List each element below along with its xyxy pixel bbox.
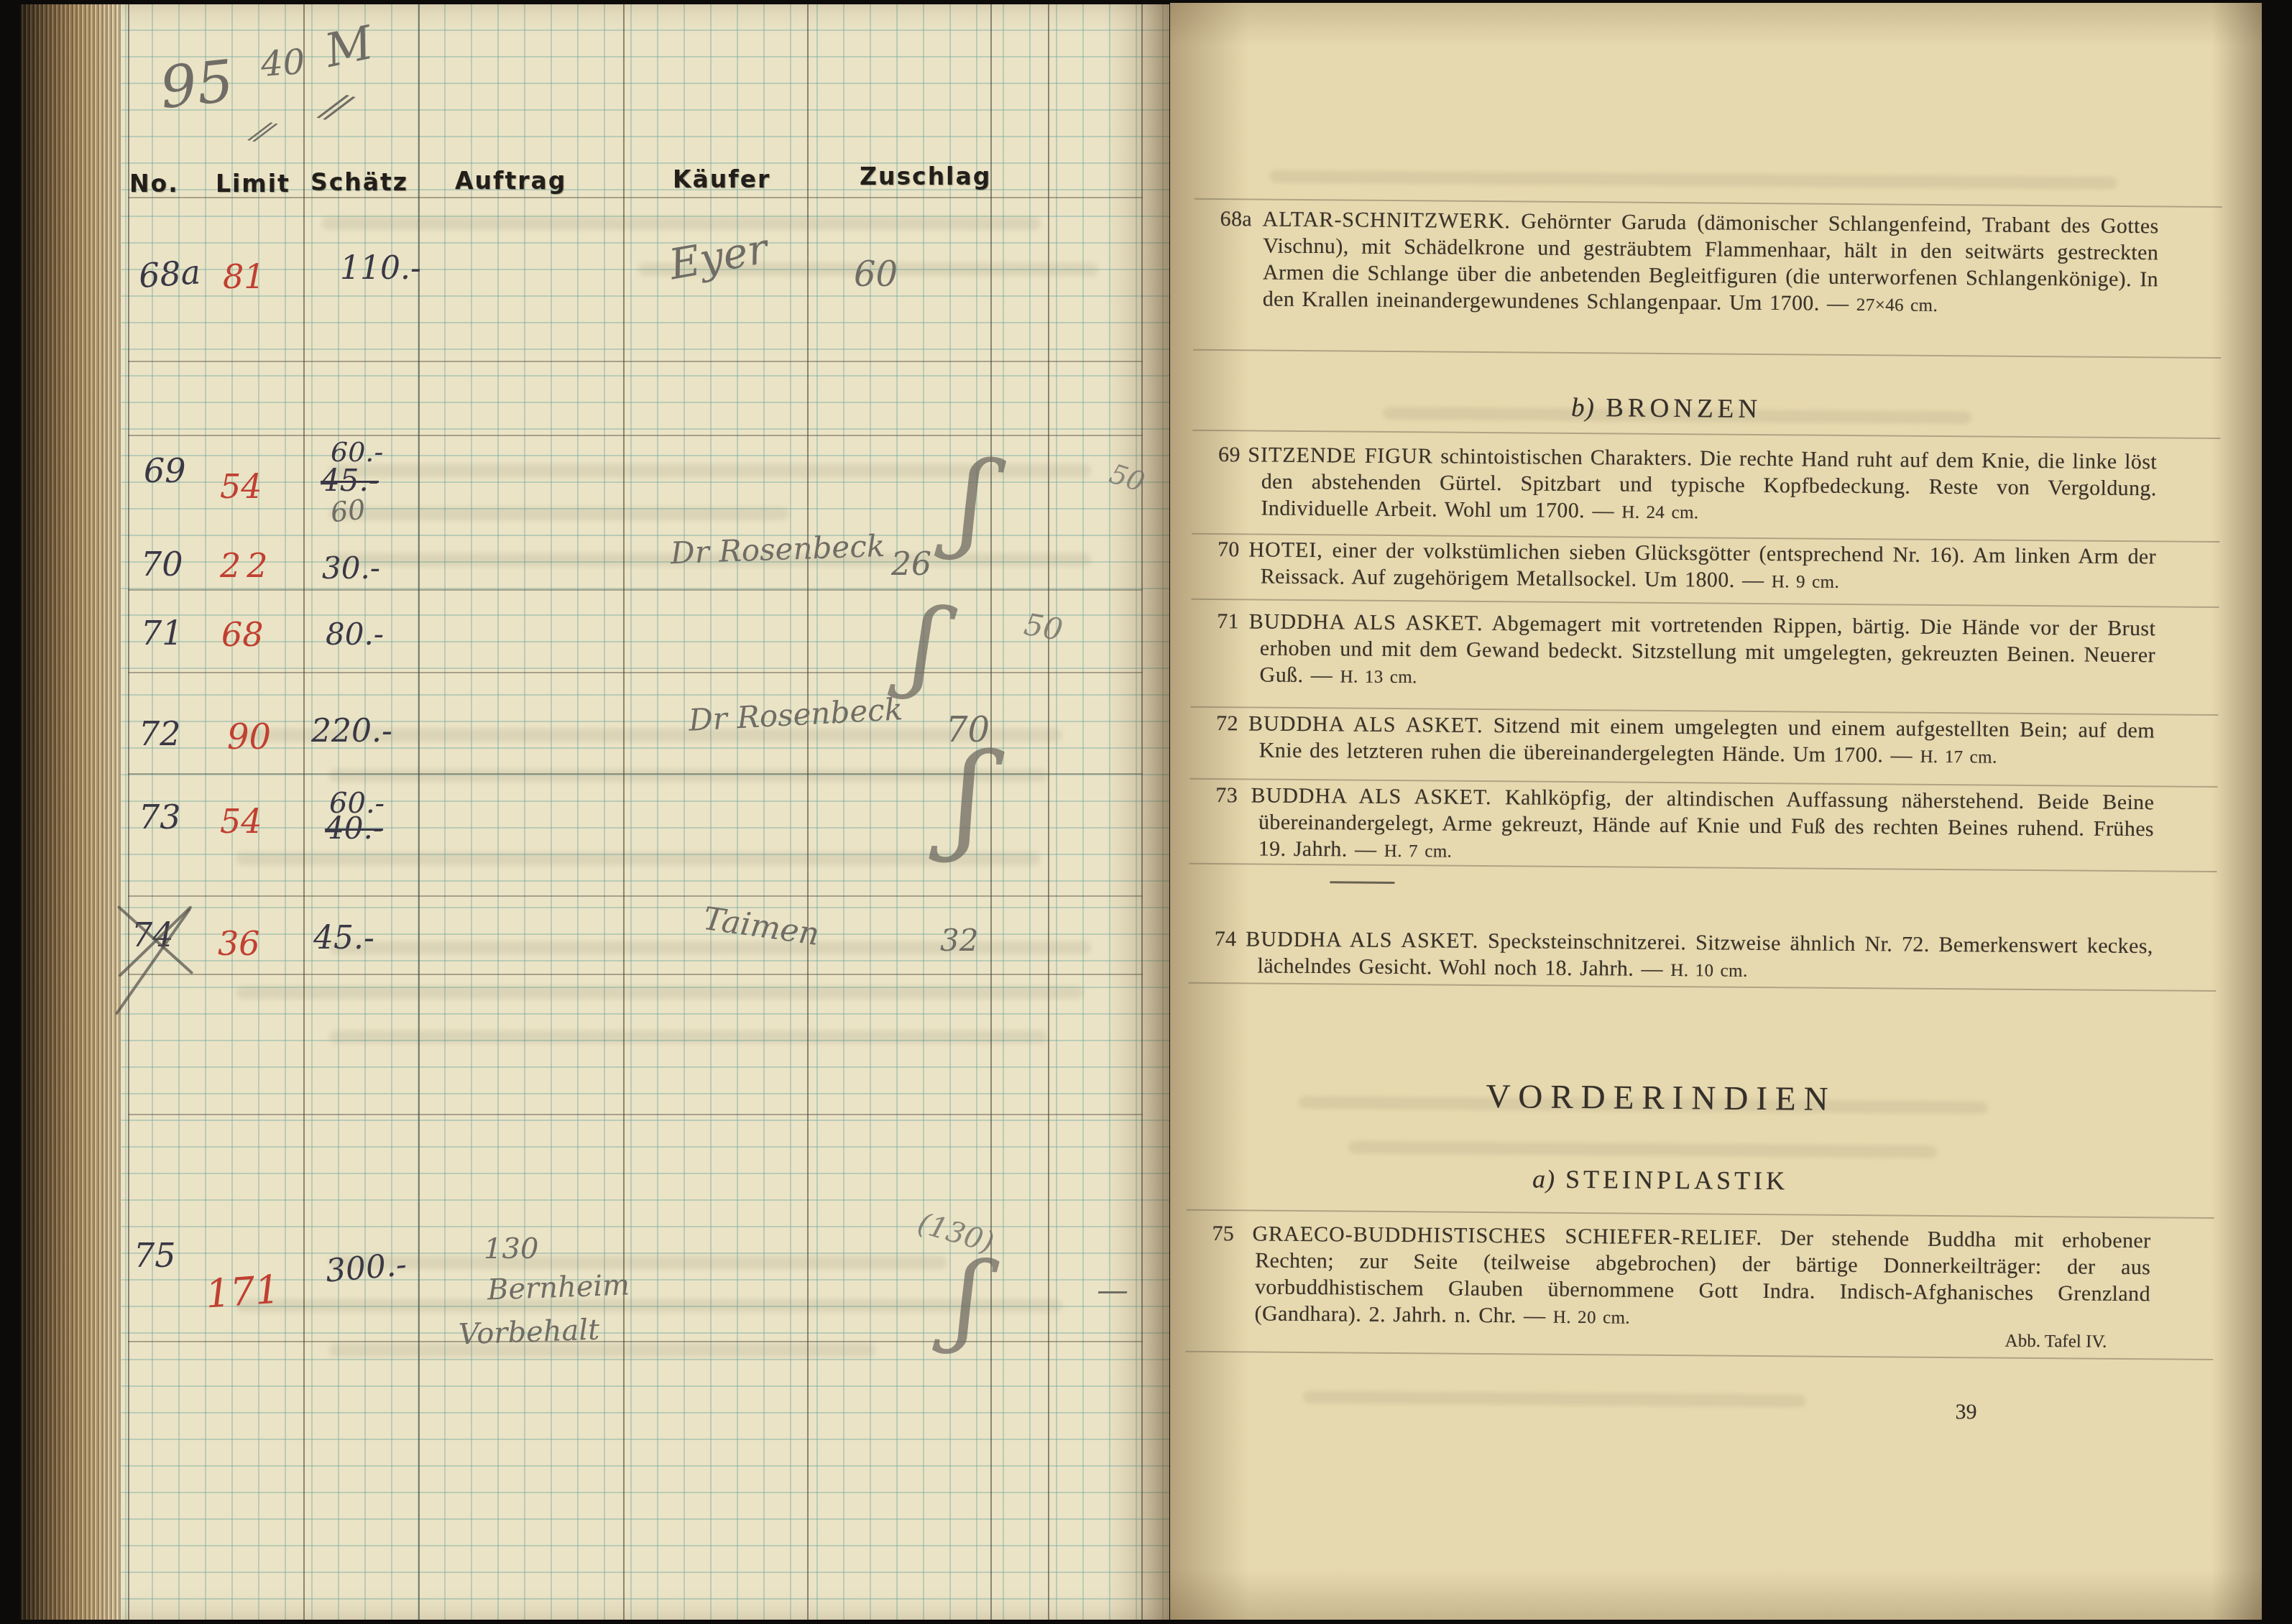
lot-title: SITZENDE FIGUR — [1248, 443, 1433, 468]
bleedthrough-smudge — [1348, 1141, 1937, 1158]
column-header-kaeufer: Käufer — [673, 165, 770, 193]
column-rule — [623, 4, 625, 1620]
section-prefix: b) — [1571, 393, 1595, 423]
column-rule — [807, 4, 809, 1620]
ditto-mark: ⁄⁄ — [325, 88, 347, 129]
lot-number: 71 — [1217, 609, 1239, 633]
pencil-note: 95 — [157, 52, 236, 117]
catalog-entry-72: 72 BUDDHA ALS ASKET. Sitzend mit einem u… — [1216, 710, 2155, 772]
row-75-bid-mark: ʃ — [952, 1255, 985, 1342]
subsection-name: STEINPLASTIK — [1565, 1165, 1788, 1195]
column-header-no: No. — [129, 170, 179, 198]
section-name: BRONZEN — [1606, 393, 1762, 424]
row-69-schaetz-old: 45.- — [321, 466, 379, 496]
catalog-page: 68a ALTAR-SCHNITZWERK. Gehörnter Garuda … — [1170, 3, 2262, 1620]
region-name: VORDERINDIEN — [1486, 1078, 1836, 1118]
row-73-schaetz-old: 40.- — [325, 813, 383, 844]
lot-title: GRAECO-BUDDHISTISCHES SCHIEFER-RELIEF. — [1252, 1222, 1762, 1250]
row-70-no: 70 — [141, 548, 183, 581]
book-scan: 95 40 M ⁄⁄ ⁄⁄ No. Limit Schätz Auftrag K… — [0, 0, 2292, 1624]
bleedthrough-smudge — [236, 1299, 1062, 1312]
lot-title: BUDDHA ALS ASKET. — [1248, 711, 1483, 737]
row-69-limit: 54 — [220, 470, 262, 503]
entry-divider-rule — [1192, 430, 2220, 439]
bleedthrough-smudge — [1269, 170, 2117, 190]
lot-number: 73 — [1215, 783, 1238, 807]
section-heading-bronzen: b) BRONZEN — [1218, 389, 2114, 428]
row-72-schaetz: 220.- — [311, 716, 392, 747]
lot-dimensions: H. 17 cm. — [1920, 747, 1997, 767]
region-heading-vorderindien: VORDERINDIEN — [1213, 1075, 2109, 1121]
lot-title: ALTAR-SCHNITZWERK. — [1262, 208, 1511, 234]
lot-number: 74 — [1215, 927, 1237, 951]
column-header-zuschlag: Zuschlag — [860, 162, 991, 190]
bleedthrough-smudge — [236, 986, 1084, 999]
row-71-limit: 68 — [221, 618, 264, 651]
column-rule — [990, 4, 992, 1620]
row-rule — [128, 361, 1143, 362]
column-rule — [1048, 4, 1049, 1620]
row-71-bid-mark: ʃ — [907, 601, 943, 688]
row-rule — [128, 773, 1143, 775]
row-rule — [128, 589, 1143, 591]
row-71-note: 50 — [1022, 609, 1065, 646]
catalog-entry-73: 73 BUDDHA ALS ASKET. Kahlköpfig, der alt… — [1215, 782, 2155, 870]
page-edge-stack — [20, 4, 122, 1620]
catalog-entry-75: 75 GRAECO-BUDDHISTISCHES SCHIEFER-RELIEF… — [1212, 1220, 2151, 1335]
lot-title: HOTEI, — [1248, 538, 1323, 562]
lot-dimensions: H. 9 cm. — [1772, 572, 1840, 592]
pencil-note: M — [321, 20, 377, 75]
row-71-no: 71 — [141, 617, 183, 650]
row-70-schaetz: 30.- — [322, 553, 380, 583]
column-header-auftrag: Auftrag — [455, 167, 566, 195]
row-rule — [128, 1114, 1143, 1115]
row-74-limit: 36 — [218, 927, 260, 960]
lot-dimensions: H. 10 cm. — [1670, 961, 1747, 981]
lot-dimensions: H. 13 cm. — [1340, 667, 1417, 687]
lot-dimensions: H. 24 cm. — [1621, 502, 1698, 522]
lot-number: 75 — [1212, 1222, 1234, 1245]
row-69-schaetz-pencil: 60 — [329, 496, 367, 527]
page-number: 39 — [1955, 1400, 1976, 1424]
entry-divider-rule — [1185, 1351, 2213, 1360]
column-rule — [1141, 4, 1143, 1620]
ditto-mark: ⁄⁄ — [254, 117, 271, 149]
row-73-no: 73 — [139, 801, 181, 834]
bleedthrough-smudge — [329, 1344, 875, 1357]
row-68a-schaetz: 110.- — [340, 253, 421, 285]
lot-dimensions: H. 20 cm. — [1553, 1308, 1630, 1328]
row-68a-zuschlag: 60 — [854, 257, 898, 292]
column-rule — [418, 4, 420, 1620]
row-rule — [128, 895, 1143, 897]
lot-number: 69 — [1218, 443, 1241, 466]
row-71-schaetz: 80.- — [326, 619, 384, 650]
row-73-limit: 54 — [220, 805, 262, 838]
row-75-auftrag-line3: Vorbehalt — [458, 1316, 599, 1350]
row-75-limit: 171 — [204, 1270, 281, 1314]
bleedthrough-smudge — [329, 1256, 947, 1269]
entry-divider-rule — [1191, 599, 2219, 608]
row-68a-kaeufer: Eyer — [666, 228, 770, 286]
row-rule — [128, 435, 1143, 436]
row-75-no: 75 — [134, 1239, 176, 1272]
row-69-no: 69 — [144, 454, 186, 487]
row-70-kaeufer: Dr Rosenbeck — [670, 531, 885, 568]
column-rule — [128, 4, 129, 1620]
catalog-entry-70: 70 HOTEI, einer der volkstümlichen siebe… — [1218, 536, 2157, 598]
column-header-limit: Limit — [216, 170, 290, 198]
row-75-auftrag-line1: 130 — [484, 1235, 538, 1263]
row-rule — [128, 1341, 1143, 1342]
catalog-page-content: 68a ALTAR-SCHNITZWERK. Gehörnter Garuda … — [1157, 3, 2262, 1624]
lot-title: BUDDHA ALS ASKET. — [1249, 609, 1483, 635]
row-74-schaetz: 45.- — [313, 923, 374, 954]
row-70-limit: 22 — [220, 549, 274, 582]
entry-divider-rule — [1187, 1209, 2214, 1219]
row-69-schaetz-new: 60.- — [331, 438, 383, 466]
row-69-bid-mark: ʃ — [955, 455, 991, 548]
lot-title: BUDDHA ALS ASKET. — [1251, 783, 1491, 809]
row-75-dash: — — [1097, 1275, 1128, 1306]
lot-description: einer der volkstümlichen sieben Glücksgö… — [1261, 538, 2157, 592]
bleedthrough-smudge — [322, 217, 1041, 230]
lot-number: 70 — [1218, 538, 1240, 561]
short-divider-rule — [1330, 881, 1394, 884]
row-rule — [128, 672, 1143, 673]
column-header-schaetz: Schätz — [310, 168, 408, 196]
catalog-entry-71: 71 BUDDHA ALS ASKET. Abgemagert mit vort… — [1216, 608, 2155, 696]
row-72-bid-mark: ʃ — [952, 745, 988, 847]
bleedthrough-smudge — [329, 1030, 1048, 1043]
lot-dimensions: 27×46 cm. — [1856, 295, 1938, 315]
subsection-heading-steinplastik: a) STEINPLASTIK — [1212, 1161, 2108, 1199]
row-72-no: 72 — [139, 717, 181, 750]
lot-number: 72 — [1216, 711, 1238, 735]
catalog-entry-68a: 68a ALTAR-SCHNITZWERK. Gehörnter Garuda … — [1220, 206, 2159, 320]
row-rule — [128, 974, 1143, 975]
ledger-page: 95 40 M ⁄⁄ ⁄⁄ No. Limit Schätz Auftrag K… — [20, 4, 1169, 1620]
bleedthrough-smudge — [329, 769, 1048, 782]
pencil-note: 40 — [259, 45, 305, 82]
bleedthrough-smudge — [329, 507, 789, 520]
subsection-prefix: a) — [1532, 1165, 1555, 1194]
bleedthrough-smudge — [236, 852, 1041, 865]
row-68a-no: 68a — [138, 255, 202, 292]
lot-number: 68a — [1220, 207, 1253, 231]
row-75-auftrag-line2: Bernheim — [487, 1271, 630, 1305]
row-68a-limit: 81 — [223, 260, 265, 293]
row-75-schaetz: 300.- — [324, 1249, 408, 1288]
row-74-zuschlag: 32 — [940, 926, 978, 956]
entry-divider-rule — [1193, 349, 2221, 359]
catalog-entry-74: 74 BUDDHA ALS ASKET. Specksteinschnitzer… — [1214, 926, 2153, 987]
lot-title: BUDDHA ALS ASKET. — [1246, 927, 1478, 953]
row-70-zuschlag: 26 — [891, 549, 931, 581]
bleedthrough-smudge — [1303, 1390, 1806, 1407]
row-72-limit: 90 — [227, 720, 271, 755]
catalog-entry-69: 69 SITZENDE FIGUR schintoistischen Chara… — [1218, 441, 2157, 530]
lot-dimensions: H. 7 cm. — [1384, 841, 1453, 862]
column-rule — [303, 4, 305, 1620]
